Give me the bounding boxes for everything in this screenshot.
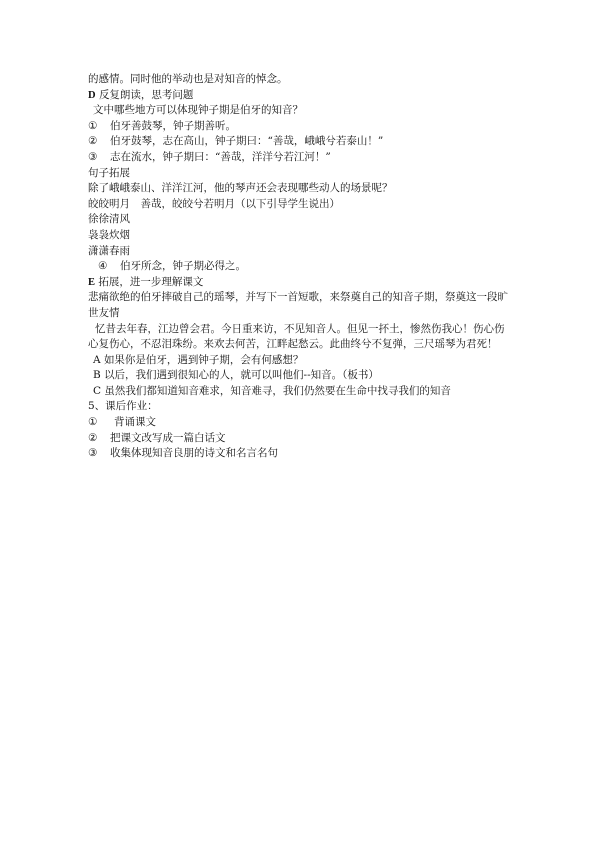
section-title: 拓展，进一步理解课文 <box>98 276 203 288</box>
phrase-line: 徐徐清风 <box>88 212 528 228</box>
poem-line: 忆昔去年春，江边曾会君。今日重来访，不见知音人。但见一抔土，惨然伤我心！伤心伤 <box>88 322 528 338</box>
list-item: ②把课文改写成一篇白话文 <box>88 431 528 447</box>
section-label: E <box>88 277 95 288</box>
list-text: 把课文改写成一篇白话文 <box>110 432 226 444</box>
list-number: ③ <box>88 446 110 462</box>
question-line: 文中哪些地方可以体现钟子期是伯牙的知音？ <box>88 103 528 119</box>
list-number: ② <box>88 134 110 150</box>
list-number: ④ <box>98 259 120 275</box>
list-number: ① <box>88 119 110 135</box>
list-text: 背诵课文 <box>110 416 156 428</box>
list-item: ①背诵课文 <box>88 415 528 431</box>
list-number: ② <box>88 431 110 447</box>
paragraph-line: 皎皎明月 善哉，皎皎兮若明月（以下引导学生说出） <box>88 197 528 213</box>
section-heading-d: D 反复朗读，思考问题 <box>88 88 528 104</box>
homework-heading: 5、课后作业： <box>88 399 528 415</box>
item-label: A <box>93 354 101 366</box>
list-item: ④伯牙所念，钟子期必得之。 <box>88 259 528 275</box>
discussion-item-b: B 以后，我们遇到很知心的人，就可以叫他们--知音。（板书） <box>88 368 528 384</box>
list-number: ① <box>88 415 110 431</box>
list-text: 伯牙善鼓琴，钟子期善听。 <box>110 120 236 132</box>
list-text: 志在流水，钟子期曰：“善哉，洋洋兮若江河！” <box>110 151 331 163</box>
section-heading-e: E 拓展，进一步理解课文 <box>88 275 528 291</box>
document-page: 的感情。同时他的举动也是对知音的悼念。 D 反复朗读，思考问题 文中哪些地方可以… <box>88 72 528 462</box>
poem-line: 心复伤心，不忍泪珠纷。来欢去何苦，江畔起愁云。此曲终兮不复弹，三尺瑶琴为君死！ <box>88 337 528 353</box>
list-item: ③志在流水，钟子期曰：“善哉，洋洋兮若江河！” <box>88 150 528 166</box>
discussion-item-a: A 如果你是伯牙，遇到钟子期，会有何感想？ <box>88 353 528 369</box>
subheading: 句子拓展 <box>88 166 528 182</box>
paragraph-line: 除了峨峨泰山、洋洋江河，他的琴声还会表现哪些动人的场景呢？ <box>88 181 528 197</box>
phrase-line: 袅袅炊烟 <box>88 228 528 244</box>
list-item: ①伯牙善鼓琴，钟子期善听。 <box>88 119 528 135</box>
item-text: 如果你是伯牙，遇到钟子期，会有何感想？ <box>104 354 304 366</box>
item-label: B <box>93 369 101 381</box>
paragraph-line: 悲痛欲绝的伯牙摔破自己的瑶琴，并写下一首短歌，来祭奠自己的知音子期，祭奠这一段旷 <box>88 290 528 306</box>
paragraph-line: 的感情。同时他的举动也是对知音的悼念。 <box>88 72 528 88</box>
list-text: 收集体现知音良朋的诗文和名言名句 <box>110 447 278 459</box>
list-item: ③收集体现知音良朋的诗文和名言名句 <box>88 446 528 462</box>
item-text: 虽然我们都知道知音难求，知音难寻，我们仍然要在生命中找寻我们的知音 <box>104 385 451 397</box>
item-text: 以后，我们遇到很知心的人，就可以叫他们--知音。（板书） <box>104 369 379 381</box>
section-title: 反复朗读，思考问题 <box>99 89 194 101</box>
list-number: ③ <box>88 150 110 166</box>
item-label: C <box>93 385 101 397</box>
list-text: 伯牙鼓琴，志在高山，钟子期曰：“善哉，峨峨兮若泰山！” <box>110 135 383 147</box>
list-text: 伯牙所念，钟子期必得之。 <box>120 260 246 272</box>
list-item: ②伯牙鼓琴，志在高山，钟子期曰：“善哉，峨峨兮若泰山！” <box>88 134 528 150</box>
phrase-line: 潇潇春雨 <box>88 244 528 260</box>
section-label: D <box>88 90 96 101</box>
discussion-item-c: C 虽然我们都知道知音难求，知音难寻，我们仍然要在生命中找寻我们的知音 <box>88 384 528 400</box>
paragraph-line: 世友情 <box>88 306 528 322</box>
